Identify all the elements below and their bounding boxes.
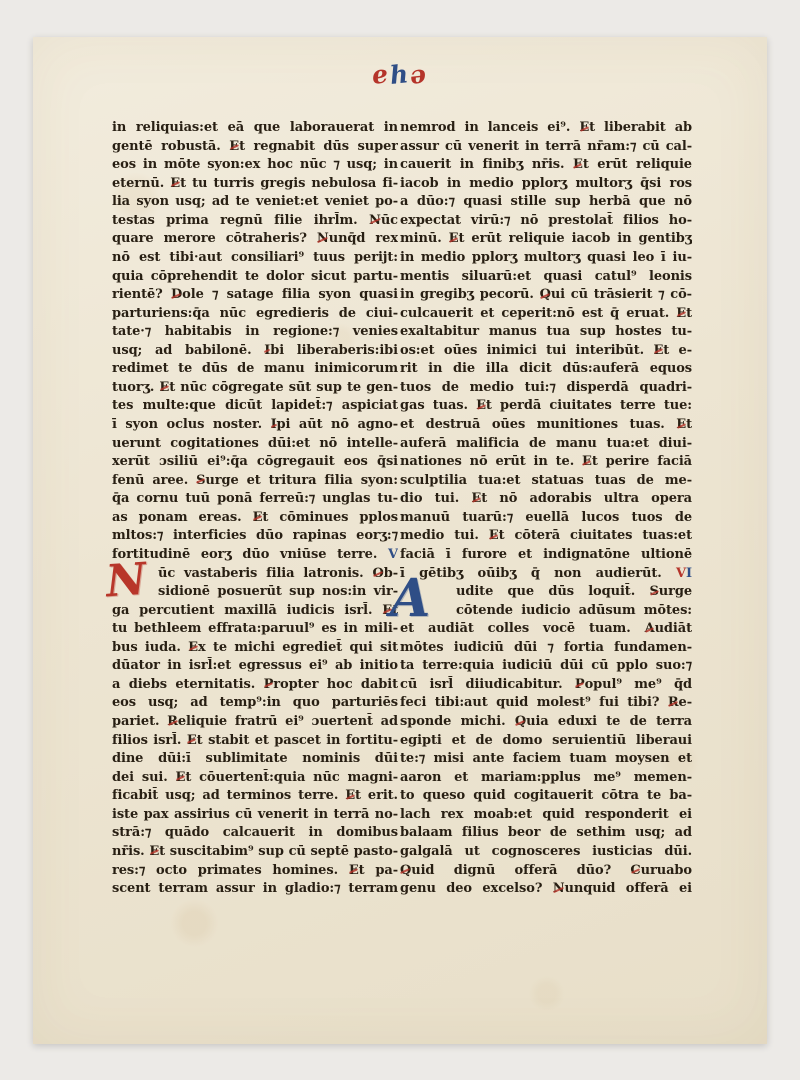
rubricated-capital: E [582, 453, 592, 472]
rubricated-capital: E [471, 490, 481, 509]
text-line: nemrod in lanceis ei⁹. Et liberabit ab [400, 119, 692, 138]
text-line: mltos:⁊ interficies dūo rapinas eorʒ:⁊ [112, 527, 398, 546]
text-line: ta terre:quia iudiciū dūi cū pplo suo:⁊ [400, 657, 692, 676]
text-line: exaltabitur manus tua sup hostes tu- [400, 323, 692, 342]
text-line: ī gētibʒ oūibʒ q̄ non audierūt. VI [400, 565, 692, 584]
text-line: et destruā oūes munitiones tuas. Et [400, 416, 692, 435]
text-line: tate·⁊ habitabis in regione:⁊ venies [112, 323, 398, 342]
text-line: culcauerit et ceperit:nō est q̄ eruat. E… [400, 305, 692, 324]
text-line: strā:⁊ quādo calcauerit in domibus [112, 824, 398, 843]
chapter-numeral: V [388, 547, 398, 562]
chapter-numeral: V [676, 566, 686, 581]
rubricated-capital: S [649, 583, 658, 602]
text-line: rit in die illa dicit dūs:auferā equos [400, 360, 692, 379]
text-line: usq; ad babilonē. Ibi liberaberis:ibi [112, 342, 398, 361]
text-line: dine dūi:ī sublimitate nominis dūi [112, 750, 398, 769]
text-line: a diebs eternitatis. Propter hoc dabit [112, 676, 398, 695]
running-title-letter: ə [409, 59, 429, 90]
text-line: uerunt cogitationes dūi:et nō intelle- [112, 435, 398, 454]
rubricated-capital: O [372, 565, 383, 584]
text-line: in reliquias:et eā que laborauerat in [112, 119, 398, 138]
text-line: filios isrl̄. Et stabit et pascet in for… [112, 732, 398, 751]
text-line: cauerit in finibʒ nr̄is. Et erūt reliqui… [400, 156, 692, 175]
text-line: iacob in medio pplorʒ multorʒ q̄si ros [400, 175, 692, 194]
text-lines-left: in reliquias:et eā que laborauerat ingen… [112, 119, 398, 899]
text-line: eos in mōte syon:ex hoc nūc ⁊ usq; in [112, 156, 398, 175]
text-line: te:⁊ misi ante faciem tuam moysen et [400, 750, 692, 769]
text-column-left: N in reliquias:et eā que laborauerat ing… [112, 119, 398, 903]
rubricated-capital: N [369, 212, 381, 231]
text-line: cū isrl̄ diiudicabitur. Popul⁹ me⁹ q̄d [400, 676, 692, 695]
text-line: lach rex moab:et quid responderit ei [400, 806, 692, 825]
text-line: in gregibʒ pecorū. Qui cū trāsierit ⁊ cō… [400, 286, 692, 305]
text-line: ficabit̄ usq; ad terminos terre. Et erit… [112, 787, 398, 806]
text-line: sidionē posuerūt sup nos:in vir- [158, 583, 398, 602]
text-line: dei sui. Et cōuertent̄:quia nūc magni- [112, 769, 398, 788]
text-line: ī syon oclus noster. Ipi aūt nō agno- [112, 416, 398, 435]
text-line: tes multe:que dicūt lapidet̄:⁊ aspiciat [112, 397, 398, 416]
text-line: pariet. Reliquie fratrū ei⁹ ɔuertent̄ ad [112, 713, 398, 732]
rubricated-capital: E [253, 509, 263, 528]
text-line: redimet te dūs de manu inimicorum [112, 360, 398, 379]
rubricated-capital: N [317, 230, 329, 249]
rubricated-capital: E [676, 305, 686, 324]
text-line: feci tibi:aut quid molest⁹ fui tibi? Re- [400, 694, 692, 713]
rubricated-capital: E [229, 138, 239, 157]
text-line: expectat virū:⁊ nō prestolat̄ filios ho- [400, 212, 692, 231]
text-line: eos usq; ad temp⁹:in quo parturiēs [112, 694, 398, 713]
text-line: tuorʒ. Et nūc cōgregate sūt sup te gen- [112, 379, 398, 398]
rubricated-capital: D [171, 286, 182, 305]
rubricated-capital: Q [515, 713, 526, 732]
rubricated-capital: R [167, 713, 178, 732]
rubricated-capital: S [196, 472, 205, 491]
rubricated-capital: E [188, 639, 198, 658]
text-line: in medio pplorʒ multorʒ quasi leo ī iu- [400, 249, 692, 268]
rubricated-capital: E [676, 416, 686, 435]
manuscript-leaf: e h ə N in reliquias:et eā que laborauer… [33, 37, 767, 1044]
text-line: res:⁊ octo primates homines. Et pa- [112, 862, 398, 881]
rubricated-capital: I [264, 342, 270, 361]
text-line: genu deo excelso? Nunquid offerā ei [400, 880, 692, 899]
text-line: q̄a cornu tuū ponā ferreū:⁊ unglas tu- [112, 490, 398, 509]
text-lines-right: nemrod in lanceis ei⁹. Et liberabit abas… [400, 119, 692, 899]
text-line: to queso quid cogitauerit cōtra te ba- [400, 787, 692, 806]
text-line: scent terram assur in gladio:⁊ terram [112, 880, 398, 899]
rubricated-capital: R [668, 694, 679, 713]
text-line: assur cū venerit in terrā nr̄am:⁊ cū cal… [400, 138, 692, 157]
rubricated-capital: E [159, 379, 169, 398]
text-line: tu bethleem effrata:paruul⁹ es in mili- [112, 620, 398, 639]
running-title-mark: e h ə [372, 60, 427, 89]
rubricated-capital: E [187, 732, 197, 751]
text-line: lia syon usq; ad te veniet:et veniet po- [112, 193, 398, 212]
rubricated-capital: E [476, 397, 486, 416]
text-line: galgalā ut cognosceres iusticias dūi. [400, 843, 692, 862]
text-line: as ponam ereas. Et cōminues pplos [112, 509, 398, 528]
photo-background: e h ə N in reliquias:et eā que laborauer… [0, 0, 800, 1080]
text-line: mentis siluarū:et quasi catul⁹ leonis [400, 268, 692, 287]
rubricated-capital: E [449, 230, 459, 249]
text-line: mōtes iudiciū dūi ⁊ fortia fundamen- [400, 639, 692, 658]
text-line: fortitudinē eorʒ dūo vniūse terre. V [112, 546, 398, 565]
rubricated-capital: E [579, 119, 589, 138]
text-line: quare merore cōtraheris? Nunq̄d rex [112, 230, 398, 249]
rubricated-capital: E [349, 862, 359, 881]
rubricated-capital: P [264, 676, 274, 695]
text-line: fenū aree. Surge et tritura filia syon: [112, 472, 398, 491]
running-title-letter: e [370, 59, 390, 90]
text-line: testas prima regnū filie ihrl̄m. Nūc [112, 212, 398, 231]
text-line: xerūt ɔsiliū ei⁹:q̄a cōgregauit eos q̄si [112, 453, 398, 472]
text-line: nō est tibi·aut consiliari⁹ tuus perijt: [112, 249, 398, 268]
text-line: Quid dignū offerā dūo? Curuabo [400, 862, 692, 881]
text-line: parturiens:q̄a nūc egredieris de ciui- [112, 305, 398, 324]
rubricated-capital: Q [400, 862, 411, 881]
text-line: quia cōprehendit te dolor sicut partu- [112, 268, 398, 287]
text-line: dūator in isrl̄:et egressus ei⁹ ab initi… [112, 657, 398, 676]
text-line: ūc vastaberis filia latronis. Ob- [158, 565, 398, 584]
rubricated-capital: E [170, 175, 180, 194]
text-line: nr̄is. Et suscitabim⁹ sup cū septē pasto… [112, 843, 398, 862]
text-line: iste pax assirius cū venerit in terrā no… [112, 806, 398, 825]
text-line: a dūo:⁊ quasi stille sup herbā que nō [400, 193, 692, 212]
rubricated-capital: I [271, 416, 277, 435]
chapter-numeral: I [686, 566, 692, 581]
text-line: os:et oūes inimici tui interibūt. Et e- [400, 342, 692, 361]
text-line: gentē robustā. Et regnabit dūs super [112, 138, 398, 157]
text-line: et audiāt colles vocē tuam. Audiāt [400, 620, 692, 639]
drop-cap-initial-blue-a: A [390, 577, 430, 621]
text-line: sponde michi. Quia eduxi te de terra [400, 713, 692, 732]
text-line: tuos de medio tui:⁊ disperdā quadri- [400, 379, 692, 398]
text-line: sculptilia tua:et statuas tuas de me- [400, 472, 692, 491]
text-line: egipti et de domo seruientiū liberaui [400, 732, 692, 751]
text-line: rientē? Dole ⁊ satage filia syon quasi [112, 286, 398, 305]
text-line: medio tui. Et cōterā ciuitates tuas:et [400, 527, 692, 546]
text-line: aaron et mariam:pplus me⁹ memen- [400, 769, 692, 788]
rubricated-capital: E [653, 342, 663, 361]
rubricated-capital: C [630, 862, 640, 881]
text-line: gas tuas. Et perdā ciuitates terre tue: [400, 397, 692, 416]
drop-cap-initial-red-n: N [105, 560, 148, 603]
rubricated-capital: E [176, 769, 186, 788]
text-line: bus iuda. Ex te michi egrediet̄ qui sit [112, 639, 398, 658]
rubricated-capital: P [575, 676, 585, 695]
rubricated-capital: A [645, 620, 655, 639]
text-line: eternū. Et tu turris gregis nebulosa fi- [112, 175, 398, 194]
text-line: nationes nō erūt in te. Et perire faciā [400, 453, 692, 472]
rubricated-capital: E [489, 527, 499, 546]
text-line: faciā ī furore et indignatōne ultionē [400, 546, 692, 565]
text-line: auferā malificia de manu tua:et diui- [400, 435, 692, 454]
rubricated-capital: Q [540, 286, 551, 305]
rubricated-capital: E [149, 843, 159, 862]
rubricated-capital: E [345, 787, 355, 806]
rubricated-capital: N [553, 880, 565, 899]
text-line: udite que dūs loquit̄. Surge [456, 583, 692, 602]
text-line: ga percutient maxillā iudicis isrl̄. Et [112, 602, 398, 621]
text-line: dio tui. Et nō adorabis ultra opera [400, 490, 692, 509]
text-line: balaam filius beor de sethim usq; ad [400, 824, 692, 843]
text-column-right: A nemrod in lanceis ei⁹. Et liberabit ab… [400, 119, 692, 903]
running-title-letter: h [388, 59, 410, 90]
text-line: minū. Et erūt reliquie iacob in gentibʒ [400, 230, 692, 249]
rubricated-capital: E [573, 156, 583, 175]
text-line: manuū tuarū:⁊ euellā lucos tuos de [400, 509, 692, 528]
text-line: cōtende iudicio adūsum mōtes: [456, 602, 692, 621]
